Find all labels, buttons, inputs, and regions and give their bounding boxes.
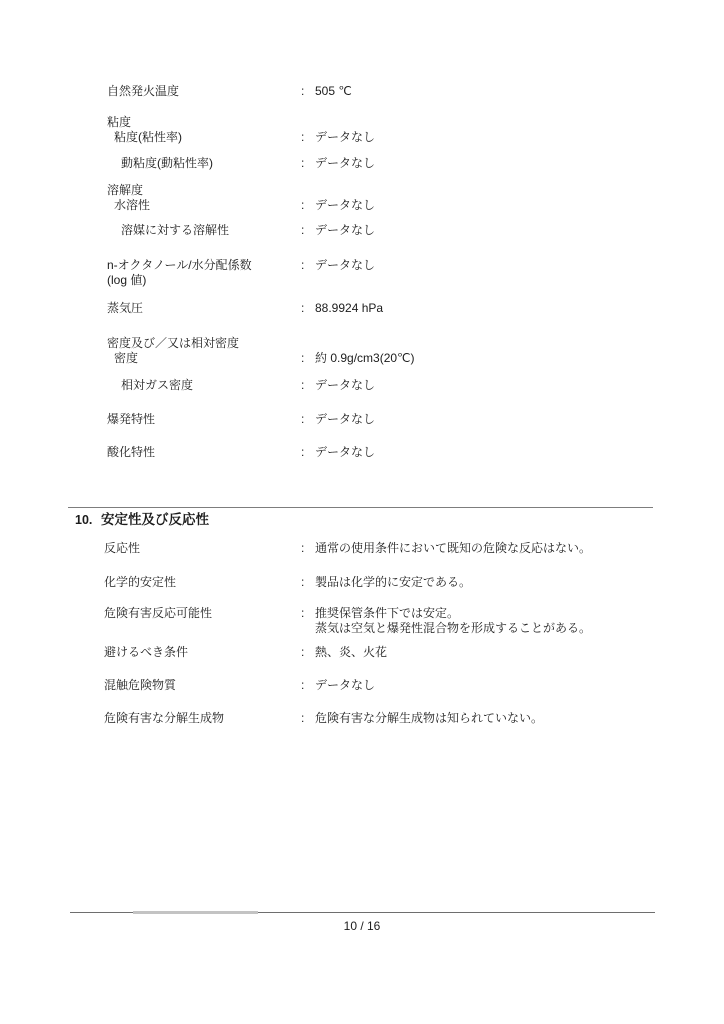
property-label: 密度: [114, 351, 138, 366]
colon-separator: :: [301, 156, 304, 171]
colon-separator: :: [301, 84, 304, 99]
colon-separator: :: [301, 445, 304, 460]
stability-value: 通常の使用条件において既知の危険な反応はない。: [315, 541, 591, 556]
colon-separator: :: [301, 541, 304, 556]
colon-separator: :: [301, 678, 304, 693]
section-title: 安定性及び反応性: [101, 512, 209, 528]
property-label: 水溶性: [114, 198, 150, 213]
colon-separator: :: [301, 258, 304, 273]
property-group-label: 密度及び／又は相対密度: [107, 336, 239, 351]
property-value: データなし: [315, 378, 375, 393]
sds-document-page: 自然発火温度 : 505 ℃ 粘度 粘度(粘性率) : データなし 動粘度(動粘…: [0, 0, 724, 1024]
stability-label: 混触危険物質: [104, 678, 176, 693]
stability-label: 危険有害反応可能性: [104, 606, 212, 621]
property-label: 相対ガス密度: [121, 378, 193, 393]
colon-separator: :: [301, 412, 304, 427]
footer-rule-highlight: [133, 911, 258, 914]
property-label: 爆発特性: [107, 412, 155, 427]
property-value: データなし: [315, 130, 375, 145]
colon-separator: :: [301, 130, 304, 145]
colon-separator: :: [301, 198, 304, 213]
colon-separator: :: [301, 711, 304, 726]
property-value: データなし: [315, 223, 375, 238]
stability-value: 推奨保管条件下では安定。 蒸気は空気と爆発性混合物を形成することがある。: [315, 606, 591, 636]
property-value: データなし: [315, 258, 375, 273]
page-number: 10 / 16: [0, 919, 724, 934]
property-label: 溶媒に対する溶解性: [121, 223, 229, 238]
property-label: 酸化特性: [107, 445, 155, 460]
section-number: 10.: [75, 512, 92, 528]
stability-label: 反応性: [104, 541, 140, 556]
property-value: データなし: [315, 445, 375, 460]
property-value: データなし: [315, 156, 375, 171]
stability-value: 製品は化学的に安定である。: [315, 575, 471, 590]
property-label: 動粘度(動粘性率): [121, 156, 213, 171]
colon-separator: :: [301, 575, 304, 590]
colon-separator: :: [301, 301, 304, 316]
stability-value: 危険有害な分解生成物は知られていない。: [315, 711, 543, 726]
property-value: データなし: [315, 198, 375, 213]
property-group-label: 粘度: [107, 115, 131, 130]
property-value: 約 0.9g/cm3(20℃): [315, 351, 415, 366]
stability-label: 化学的安定性: [104, 575, 176, 590]
property-label: 自然発火温度: [107, 84, 179, 99]
property-label: n-オクタノール/水分配係数 (log 値): [107, 258, 252, 288]
colon-separator: :: [301, 645, 304, 660]
stability-label: 避けるべき条件: [104, 645, 188, 660]
property-value: データなし: [315, 412, 375, 427]
colon-separator: :: [301, 223, 304, 238]
colon-separator: :: [301, 606, 304, 621]
stability-value: データなし: [315, 678, 375, 693]
property-label: 粘度(粘性率): [114, 130, 182, 145]
stability-value: 熱、炎、火花: [315, 645, 387, 660]
property-label: 蒸気圧: [107, 301, 143, 316]
property-value: 505 ℃: [315, 84, 352, 99]
property-group-label: 溶解度: [107, 183, 143, 198]
colon-separator: :: [301, 351, 304, 366]
stability-label: 危険有害な分解生成物: [104, 711, 224, 726]
property-value: 88.9924 hPa: [315, 301, 383, 316]
section-divider-rule: [68, 507, 653, 508]
colon-separator: :: [301, 378, 304, 393]
